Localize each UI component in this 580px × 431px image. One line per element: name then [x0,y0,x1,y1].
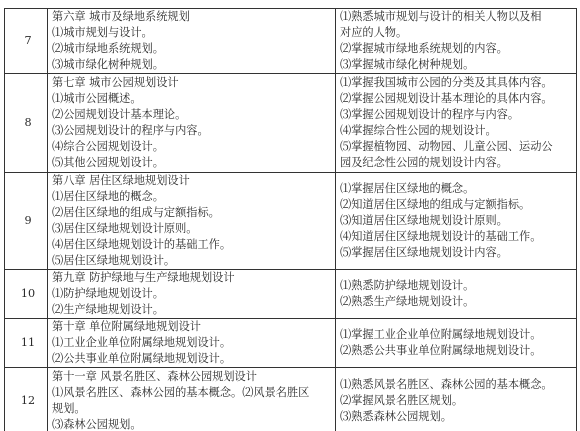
table-row: 9 第八章 居住区绿地规划设计⑴居住区绿地的概念。⑵居住区绿地的组成与定额指标。… [5,173,577,270]
content-item: ⑵居住区绿地的组成与定额指标。 [52,205,335,221]
requirement-item: ⑶知道居住区绿地规划设计原则。 [340,213,576,229]
content-item: ⑶森林公园规划。 [52,417,335,431]
chapter-content-cell: 第八章 居住区绿地规划设计⑴居住区绿地的概念。⑵居住区绿地的组成与定额指标。⑶居… [48,173,336,270]
chapter-content-cell: 第九章 防护绿地与生产绿地规划设计⑴防护绿地规划设计。⑵生产绿地规划设计。 [48,270,336,319]
content-item: ⑸居住区绿地规划设计。 [52,253,335,269]
chapter-content-cell: 第七章 城市公园规划设计⑴城市公园概述。⑵公园规划设计基本理论。⑶公园规划设计的… [48,74,336,173]
requirement-item: ⑴熟悉防护绿地规划设计。 [340,278,576,294]
requirement-item: 园及纪念性公园的规划设计内容。 [340,155,576,171]
chapter-title: 第九章 防护绿地与生产绿地规划设计 [52,270,335,286]
content-item: ⑴风景名胜区、森林公园的基本概念。⑵风景名胜区 [52,385,335,401]
requirement-item: ⑴熟悉城市规划与设计的相关人物以及相 [340,9,576,25]
row-number: 11 [5,319,48,368]
chapter-title: 第六章 城市及绿地系统规划 [52,9,335,25]
content-item: ⑸其他公园规划设计。 [52,155,335,171]
row-number: 10 [5,270,48,319]
requirements-cell: ⑴掌握我国城市公园的分类及其具体内容。⑵掌握公园规划设计基本理论的具体内容。⑶掌… [336,74,577,173]
chapter-content-cell: 第十一章 风景名胜区、森林公园规划设计⑴风景名胜区、森林公园的基本概念。⑵风景名… [48,368,336,431]
content-item: ⑴防护绿地规划设计。 [52,286,335,302]
requirement-item: ⑶掌握城市绿化树种规划。 [340,57,576,73]
table-row: 7 第六章 城市及绿地系统规划⑴城市规划与设计。⑵城市绿地系统规划。⑶城市绿化树… [5,9,577,74]
table-row: 10 第九章 防护绿地与生产绿地规划设计⑴防护绿地规划设计。⑵生产绿地规划设计。… [5,270,577,319]
table-row: 11 第十章 单位附属绿地规划设计⑴工业企业单位附属绿地规划设计。⑵公共事业单位… [5,319,577,368]
requirements-cell: ⑴掌握居住区绿地的概念。⑵知道居住区绿地的组成与定额指标。⑶知道居住区绿地规划设… [336,173,577,270]
requirement-item: ⑴掌握我国城市公园的分类及其具体内容。 [340,75,576,91]
content-item: ⑵公园规划设计基本理论。 [52,107,335,123]
content-item: ⑴城市公园概述。 [52,91,335,107]
content-item: ⑶居住区绿地规划设计原则。 [52,221,335,237]
table-row: 12 第十一章 风景名胜区、森林公园规划设计⑴风景名胜区、森林公园的基本概念。⑵… [5,368,577,431]
requirement-item: ⑵熟悉生产绿地规划设计。 [340,294,576,310]
requirement-item: 对应的人物。 [340,25,576,41]
requirement-item: ⑸掌握居住区绿地规划设计内容。 [340,245,576,261]
content-item: ⑶公园规划设计的程序与内容。 [52,123,335,139]
content-item: ⑵城市绿地系统规划。 [52,41,335,57]
content-item: ⑴居住区绿地的概念。 [52,189,335,205]
chapter-title: 第八章 居住区绿地规划设计 [52,173,335,189]
content-item: ⑵公共事业单位附属绿地规划设计。 [52,351,335,367]
chapter-content-cell: 第六章 城市及绿地系统规划⑴城市规划与设计。⑵城市绿地系统规划。⑶城市绿化树种规… [48,9,336,74]
requirements-cell: ⑴熟悉风景名胜区、森林公园的基本概念。⑵掌握风景名胜区规划。⑶熟悉森林公园规划。 [336,368,577,431]
requirement-item: ⑴熟悉风景名胜区、森林公园的基本概念。 [340,377,576,393]
requirements-cell: ⑴掌握工业企业单位附属绿地规划设计。⑵熟悉公共事业单位附属绿地规划设计。 [336,319,577,368]
requirement-item: ⑷掌握综合性公园的规划设计。 [340,123,576,139]
requirement-item: ⑵掌握城市绿地系统规划的内容。 [340,41,576,57]
requirements-cell: ⑴熟悉城市规划与设计的相关人物以及相对应的人物。⑵掌握城市绿地系统规划的内容。⑶… [336,9,577,74]
chapter-title: 第十一章 风景名胜区、森林公园规划设计 [52,369,335,385]
requirements-cell: ⑴熟悉防护绿地规划设计。⑵熟悉生产绿地规划设计。 [336,270,577,319]
row-number: 9 [5,173,48,270]
content-item: 规划。 [52,401,335,417]
requirement-item: ⑵掌握公园规划设计基本理论的具体内容。 [340,91,576,107]
content-item: ⑶城市绿化树种规划。 [52,57,335,73]
requirement-item: ⑷知道居住区绿地规划设计的基础工作。 [340,229,576,245]
content-item: ⑴工业企业单位附属绿地规划设计。 [52,335,335,351]
chapter-title: 第十章 单位附属绿地规划设计 [52,319,335,335]
table-row: 8 第七章 城市公园规划设计⑴城市公园概述。⑵公园规划设计基本理论。⑶公园规划设… [5,74,577,173]
chapter-title: 第七章 城市公园规划设计 [52,75,335,91]
content-item: ⑷综合公园规划设计。 [52,139,335,155]
requirement-item: ⑶掌握公园规划设计的程序与内容。 [340,107,576,123]
requirement-item: ⑴掌握居住区绿地的概念。 [340,181,576,197]
row-number: 8 [5,74,48,173]
requirement-item: ⑵知道居住区绿地的组成与定额指标。 [340,197,576,213]
requirement-item: ⑶熟悉森林公园规划。 [340,409,576,425]
row-number: 7 [5,9,48,74]
content-item: ⑴城市规划与设计。 [52,25,335,41]
requirement-item: ⑵熟悉公共事业单位附属绿地规划设计。 [340,343,576,359]
chapter-content-cell: 第十章 单位附属绿地规划设计⑴工业企业单位附属绿地规划设计。⑵公共事业单位附属绿… [48,319,336,368]
content-item: ⑷居住区绿地规划设计的基础工作。 [52,237,335,253]
content-item: ⑵生产绿地规划设计。 [52,302,335,318]
requirement-item: ⑵掌握风景名胜区规划。 [340,393,576,409]
row-number: 12 [5,368,48,431]
requirement-item: ⑸掌握植物园、动物园、儿童公园、运动公 [340,139,576,155]
requirement-item: ⑴掌握工业企业单位附属绿地规划设计。 [340,327,576,343]
syllabus-table: 7 第六章 城市及绿地系统规划⑴城市规划与设计。⑵城市绿地系统规划。⑶城市绿化树… [4,8,577,431]
